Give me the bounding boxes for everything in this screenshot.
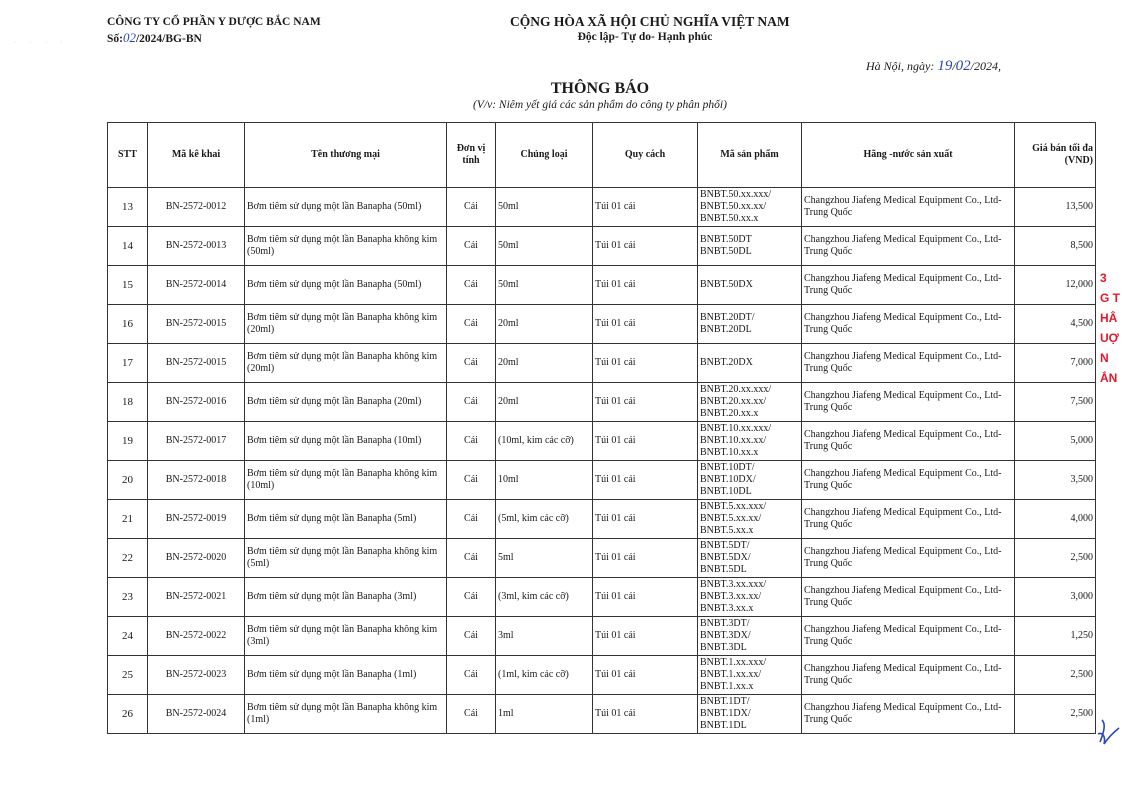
document-subtitle: (V/v: Niêm yết giá các sản phẩm do công … (440, 99, 760, 111)
row-trade-name: Bơm tiêm sử dụng một lần Banapha không k… (245, 461, 447, 500)
row-packaging: Túi 01 cái (593, 227, 698, 266)
row-max-price: 2,500 (1015, 539, 1096, 578)
row-stt: 16 (108, 305, 148, 344)
row-declaration-code: BN-2572-0023 (148, 656, 245, 695)
col-manufacturer: Hãng -nước sản xuất (802, 123, 1015, 188)
row-type: (5ml, kim các cỡ) (496, 500, 593, 539)
row-unit: Cái (447, 422, 496, 461)
row-packaging: Túi 01 cái (593, 578, 698, 617)
row-stt: 20 (108, 461, 148, 500)
row-stt: 19 (108, 422, 148, 461)
col-unit: Đơn vị tính (447, 123, 496, 188)
row-max-price: 2,500 (1015, 695, 1096, 734)
row-declaration-code: BN-2572-0024 (148, 695, 245, 734)
stamp-text: UỢ (1100, 328, 1122, 348)
row-product-code: BNBT.3.xx.xxx/ BNBT.3.xx.xx/ BNBT.3.xx.x (698, 578, 802, 617)
national-header: CỘNG HÒA XÃ HỘI CHỦ NGHĨA VIỆT NAM Độc l… (510, 13, 780, 45)
row-stt: 24 (108, 617, 148, 656)
row-product-code: BNBT.5DT/ BNBT.5DX/ BNBT.5DL (698, 539, 802, 578)
row-product-code: BNBT.10DT/ BNBT.10DX/ BNBT.10DL (698, 461, 802, 500)
row-stt: 26 (108, 695, 148, 734)
stamp-text: 3 (1100, 268, 1122, 288)
row-type: (1ml, kim các cỡ) (496, 656, 593, 695)
row-manufacturer: Changzhou Jiafeng Medical Equipment Co.,… (802, 695, 1015, 734)
row-trade-name: Bơm tiêm sử dụng một lần Banapha (20ml) (245, 383, 447, 422)
row-unit: Cái (447, 500, 496, 539)
red-stamp: 3G THÂUỢNẮN (1100, 268, 1122, 388)
table-row: 19BN-2572-0017Bơm tiêm sử dụng một lần B… (108, 422, 1096, 461)
row-max-price: 7,000 (1015, 344, 1096, 383)
handwritten-number: 02 (123, 30, 136, 45)
col-product-code: Mã sản phẩm (698, 123, 802, 188)
row-packaging: Túi 01 cái (593, 461, 698, 500)
row-declaration-code: BN-2572-0021 (148, 578, 245, 617)
row-max-price: 7,500 (1015, 383, 1096, 422)
row-stt: 22 (108, 539, 148, 578)
row-unit: Cái (447, 305, 496, 344)
row-type: 20ml (496, 344, 593, 383)
row-product-code: BNBT.3DT/ BNBT.3DX/ BNBT.3DL (698, 617, 802, 656)
col-type: Chủng loại (496, 123, 593, 188)
doc-number: Số:02/2024/BG-BN (107, 30, 321, 47)
row-unit: Cái (447, 227, 496, 266)
row-trade-name: Bơm tiêm sử dụng một lần Banapha (1ml) (245, 656, 447, 695)
company-header: CÔNG TY CỔ PHẦN Y DƯỢC BẮC NAM Số:02/202… (107, 15, 321, 47)
col-packaging: Quy cách (593, 123, 698, 188)
row-product-code: BNBT.20DT/ BNBT.20DL (698, 305, 802, 344)
row-trade-name: Bơm tiêm sử dụng một lần Banapha (3ml) (245, 578, 447, 617)
company-name: CÔNG TY CỔ PHẦN Y DƯỢC BẮC NAM (107, 15, 321, 30)
row-trade-name: Bơm tiêm sử dụng một lần Banapha (10ml) (245, 422, 447, 461)
row-trade-name: Bơm tiêm sử dụng một lần Banapha không k… (245, 539, 447, 578)
row-manufacturer: Changzhou Jiafeng Medical Equipment Co.,… (802, 305, 1015, 344)
row-max-price: 8,500 (1015, 227, 1096, 266)
row-stt: 21 (108, 500, 148, 539)
table-row: 26BN-2572-0024Bơm tiêm sử dụng một lần B… (108, 695, 1096, 734)
row-trade-name: Bơm tiêm sử dụng một lần Banapha (5ml) (245, 500, 447, 539)
row-packaging: Túi 01 cái (593, 617, 698, 656)
row-declaration-code: BN-2572-0015 (148, 305, 245, 344)
stamp-text: N (1100, 348, 1122, 368)
col-declaration-code: Mã kê khai (148, 123, 245, 188)
table-row: 22BN-2572-0020Bơm tiêm sử dụng một lần B… (108, 539, 1096, 578)
row-trade-name: Bơm tiêm sử dụng một lần Banapha không k… (245, 227, 447, 266)
row-unit: Cái (447, 578, 496, 617)
row-manufacturer: Changzhou Jiafeng Medical Equipment Co.,… (802, 539, 1015, 578)
row-trade-name: Bơm tiêm sử dụng một lần Banapha không k… (245, 695, 447, 734)
row-packaging: Túi 01 cái (593, 266, 698, 305)
signature-mark (1094, 716, 1120, 750)
row-type: 20ml (496, 305, 593, 344)
row-trade-name: Bơm tiêm sử dụng một lần Banapha không k… (245, 305, 447, 344)
row-declaration-code: BN-2572-0015 (148, 344, 245, 383)
row-stt: 14 (108, 227, 148, 266)
row-manufacturer: Changzhou Jiafeng Medical Equipment Co.,… (802, 188, 1015, 227)
row-type: 50ml (496, 227, 593, 266)
row-packaging: Túi 01 cái (593, 383, 698, 422)
row-type: (10ml, kim các cỡ) (496, 422, 593, 461)
row-manufacturer: Changzhou Jiafeng Medical Equipment Co.,… (802, 227, 1015, 266)
row-trade-name: Bơm tiêm sử dụng một lần Banapha không k… (245, 617, 447, 656)
row-max-price: 13,500 (1015, 188, 1096, 227)
document-title: THÔNG BÁO (500, 80, 700, 98)
date-month: 02 (956, 58, 971, 74)
table-row: 16BN-2572-0015Bơm tiêm sử dụng một lần B… (108, 305, 1096, 344)
motto: Độc lập- Tự do- Hạnh phúc (510, 30, 780, 45)
row-product-code: BNBT.10.xx.xxx/ BNBT.10.xx.xx/ BNBT.10.x… (698, 422, 802, 461)
table-row: 14BN-2572-0013Bơm tiêm sử dụng một lần B… (108, 227, 1096, 266)
row-packaging: Túi 01 cái (593, 500, 698, 539)
row-max-price: 4,000 (1015, 500, 1096, 539)
row-declaration-code: BN-2572-0014 (148, 266, 245, 305)
row-packaging: Túi 01 cái (593, 344, 698, 383)
row-type: 50ml (496, 188, 593, 227)
row-declaration-code: BN-2572-0017 (148, 422, 245, 461)
row-type: 20ml (496, 383, 593, 422)
row-max-price: 3,000 (1015, 578, 1096, 617)
date-day: 19 (937, 58, 952, 74)
row-stt: 13 (108, 188, 148, 227)
row-stt: 23 (108, 578, 148, 617)
row-manufacturer: Changzhou Jiafeng Medical Equipment Co.,… (802, 656, 1015, 695)
col-trade-name: Tên thương mại (245, 123, 447, 188)
row-packaging: Túi 01 cái (593, 422, 698, 461)
row-manufacturer: Changzhou Jiafeng Medical Equipment Co.,… (802, 422, 1015, 461)
row-unit: Cái (447, 266, 496, 305)
row-product-code: BNBT.5.xx.xxx/ BNBT.5.xx.xx/ BNBT.5.xx.x (698, 500, 802, 539)
row-manufacturer: Changzhou Jiafeng Medical Equipment Co.,… (802, 617, 1015, 656)
table-row: 13BN-2572-0012Bơm tiêm sử dụng một lần B… (108, 188, 1096, 227)
row-type: 10ml (496, 461, 593, 500)
row-unit: Cái (447, 617, 496, 656)
row-trade-name: Bơm tiêm sử dụng một lần Banapha (50ml) (245, 188, 447, 227)
row-manufacturer: Changzhou Jiafeng Medical Equipment Co.,… (802, 578, 1015, 617)
stamp-text: HÂ (1100, 308, 1122, 328)
row-manufacturer: Changzhou Jiafeng Medical Equipment Co.,… (802, 344, 1015, 383)
row-manufacturer: Changzhou Jiafeng Medical Equipment Co.,… (802, 266, 1015, 305)
table-row: 21BN-2572-0019Bơm tiêm sử dụng một lần B… (108, 500, 1096, 539)
row-unit: Cái (447, 461, 496, 500)
row-stt: 18 (108, 383, 148, 422)
row-packaging: Túi 01 cái (593, 188, 698, 227)
row-declaration-code: BN-2572-0016 (148, 383, 245, 422)
row-manufacturer: Changzhou Jiafeng Medical Equipment Co.,… (802, 461, 1015, 500)
row-product-code: BNBT.1.xx.xxx/ BNBT.1.xx.xx/ BNBT.1.xx.x (698, 656, 802, 695)
stamp-text: G T (1100, 288, 1122, 308)
table-header-row: STT Mã kê khai Tên thương mại Đơn vị tín… (108, 123, 1096, 188)
row-unit: Cái (447, 539, 496, 578)
row-max-price: 12,000 (1015, 266, 1096, 305)
row-declaration-code: BN-2572-0022 (148, 617, 245, 656)
row-type: (3ml, kim các cỡ) (496, 578, 593, 617)
row-declaration-code: BN-2572-0012 (148, 188, 245, 227)
row-unit: Cái (447, 383, 496, 422)
row-type: 5ml (496, 539, 593, 578)
date-line: Hà Nội, ngày: 19/02/2024, (866, 58, 1001, 75)
row-packaging: Túi 01 cái (593, 539, 698, 578)
table-row: 24BN-2572-0022Bơm tiêm sử dụng một lần B… (108, 617, 1096, 656)
row-unit: Cái (447, 656, 496, 695)
row-trade-name: Bơm tiêm sử dụng một lần Banapha (50ml) (245, 266, 447, 305)
row-declaration-code: BN-2572-0020 (148, 539, 245, 578)
table-row: 20BN-2572-0018Bơm tiêm sử dụng một lần B… (108, 461, 1096, 500)
row-unit: Cái (447, 695, 496, 734)
row-product-code: BNBT.50DX (698, 266, 802, 305)
scan-specks: · · · · (14, 40, 69, 46)
row-stt: 25 (108, 656, 148, 695)
row-declaration-code: BN-2572-0019 (148, 500, 245, 539)
price-table: STT Mã kê khai Tên thương mại Đơn vị tín… (107, 122, 1096, 734)
row-max-price: 1,250 (1015, 617, 1096, 656)
row-trade-name: Bơm tiêm sử dụng một lần Banapha không k… (245, 344, 447, 383)
row-stt: 17 (108, 344, 148, 383)
row-manufacturer: Changzhou Jiafeng Medical Equipment Co.,… (802, 383, 1015, 422)
stamp-text: ẮN (1100, 368, 1122, 388)
nation-name: CỘNG HÒA XÃ HỘI CHỦ NGHĨA VIỆT NAM (510, 13, 780, 30)
row-manufacturer: Changzhou Jiafeng Medical Equipment Co.,… (802, 500, 1015, 539)
row-declaration-code: BN-2572-0018 (148, 461, 245, 500)
row-packaging: Túi 01 cái (593, 305, 698, 344)
row-max-price: 3,500 (1015, 461, 1096, 500)
row-max-price: 2,500 (1015, 656, 1096, 695)
table-row: 18BN-2572-0016Bơm tiêm sử dụng một lần B… (108, 383, 1096, 422)
table-row: 17BN-2572-0015Bơm tiêm sử dụng một lần B… (108, 344, 1096, 383)
row-max-price: 5,000 (1015, 422, 1096, 461)
row-unit: Cái (447, 344, 496, 383)
row-stt: 15 (108, 266, 148, 305)
table-row: 15BN-2572-0014Bơm tiêm sử dụng một lần B… (108, 266, 1096, 305)
row-packaging: Túi 01 cái (593, 695, 698, 734)
row-product-code: BNBT.1DT/ BNBT.1DX/ BNBT.1DL (698, 695, 802, 734)
row-unit: Cái (447, 188, 496, 227)
row-product-code: BNBT.20DX (698, 344, 802, 383)
row-product-code: BNBT.50.xx.xxx/ BNBT.50.xx.xx/ BNBT.50.x… (698, 188, 802, 227)
row-type: 3ml (496, 617, 593, 656)
col-max-price: Giá bán tối đa (VND) (1015, 123, 1096, 188)
row-packaging: Túi 01 cái (593, 656, 698, 695)
table-row: 25BN-2572-0023Bơm tiêm sử dụng một lần B… (108, 656, 1096, 695)
row-product-code: BNBT.20.xx.xxx/ BNBT.20.xx.xx/ BNBT.20.x… (698, 383, 802, 422)
col-stt: STT (108, 123, 148, 188)
row-product-code: BNBT.50DT BNBT.50DL (698, 227, 802, 266)
row-declaration-code: BN-2572-0013 (148, 227, 245, 266)
table-row: 23BN-2572-0021Bơm tiêm sử dụng một lần B… (108, 578, 1096, 617)
row-type: 50ml (496, 266, 593, 305)
row-type: 1ml (496, 695, 593, 734)
row-max-price: 4,500 (1015, 305, 1096, 344)
